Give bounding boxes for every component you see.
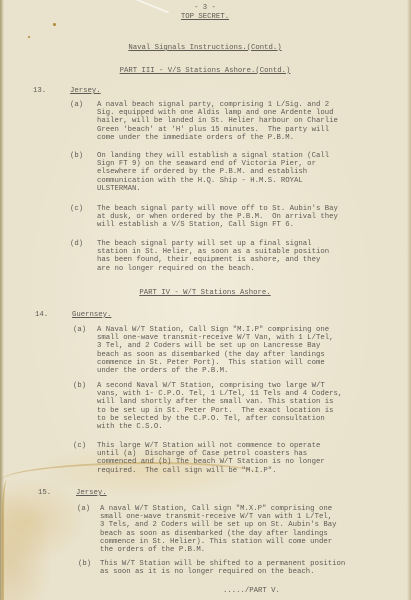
part-iv-heading: PART IV - W/T Stations Ashore. xyxy=(105,289,305,297)
item-label: (c) xyxy=(70,205,83,213)
section-place: Guernsey. xyxy=(72,311,111,319)
text-line: the orders of the P.B.M. xyxy=(100,546,400,554)
text-line: ULSTERMAN. xyxy=(97,185,397,193)
text-line: small one-wave transmit-receive W/T Van,… xyxy=(97,334,397,342)
paragraph-15a: A naval W/T Station, Call sign "M.X.P" c… xyxy=(100,505,400,554)
text-line: with the C.S.O. xyxy=(97,423,397,431)
text-line: will land shortly after the small van. T… xyxy=(97,398,397,406)
text-line: The beach signal party will set up a fin… xyxy=(97,240,397,248)
text-line: vans, with 1- C.P.O. Tel, 1 L/Tel, 11 Te… xyxy=(97,390,397,398)
text-line: On landing they will establish a signal … xyxy=(97,152,397,160)
item-label: (d) xyxy=(70,240,83,248)
paragraph-13a: A naval beach signal party, comprising 1… xyxy=(97,101,397,142)
text-line: A Naval W/T Station, Call Sign "M.I.P" c… xyxy=(97,326,397,334)
paragraph-13b: On landing they will establish a signal … xyxy=(97,152,397,193)
text-line: small one-wave transmit-receive W/T van … xyxy=(100,513,400,521)
paragraph-13d: The beach signal party will set up a fin… xyxy=(97,240,397,273)
text-line: beach as soon as disembarked (the day af… xyxy=(100,530,400,538)
continuation-note: ...../PART V. xyxy=(223,587,280,595)
text-line: commenced and (b) The beach W/T Station … xyxy=(97,458,397,466)
document-title: Naval Signals Instructions.(Contd.) xyxy=(100,44,310,52)
text-line: A naval beach signal party, comprising 1… xyxy=(97,101,397,109)
text-line: under the orders of the P.B.M. xyxy=(97,367,397,375)
text-line: This W/T Station will be shifted to a pe… xyxy=(100,560,400,568)
text-line: required. The call sign will be "M.I.P". xyxy=(97,467,397,475)
text-line: 3 Tel, and 2 Coders will be set up on La… xyxy=(97,342,397,350)
section-place: Jersey. xyxy=(76,489,107,497)
text-line: commence in St. Peter Port). This statio… xyxy=(97,359,397,367)
text-line: beach as soon as disembarked (the day af… xyxy=(97,351,397,359)
text-line: to be set up in St. Peter Port. The exac… xyxy=(97,407,397,415)
page-number: - 3 - xyxy=(150,4,260,12)
paragraph-14b: A second Naval W/T Station, comprising t… xyxy=(97,382,397,431)
punch-mark xyxy=(28,36,30,38)
paragraph-14c: This large W/T Station will not commence… xyxy=(97,442,397,475)
paper-edge xyxy=(407,0,411,600)
text-line: Sign FT 9) on the seaward end of Victori… xyxy=(97,160,397,168)
text-line: 3 Tels, and 2 Coders will be set up on S… xyxy=(100,521,400,529)
document-page: - 3 - TOP SECRET. Naval Signals Instruct… xyxy=(0,0,411,600)
text-line: as soon as it is no longer required on t… xyxy=(100,568,400,576)
text-line: come under the immediate orders of the P… xyxy=(97,134,397,142)
item-label: (c) xyxy=(73,442,86,450)
item-label: (b) xyxy=(73,382,86,390)
text-line: until (a) Discharge of Case petrol coast… xyxy=(97,450,397,458)
text-line: to be selected by the C.P.O. Tel, after … xyxy=(97,415,397,423)
text-line: has been found, their equipment is ashor… xyxy=(97,256,397,264)
paragraph-14a: A Naval W/T Station, Call Sign "M.I.P" c… xyxy=(97,326,397,375)
paragraph-13c: The beach signal party will move off to … xyxy=(97,205,397,230)
classification-marking: TOP SECRET. xyxy=(150,13,260,21)
section-number: 13. xyxy=(33,87,46,95)
item-label: (a) xyxy=(73,326,86,334)
text-line: A second Naval W/T Station, comprising t… xyxy=(97,382,397,390)
text-line: The beach signal party will move off to … xyxy=(97,205,397,213)
text-line: station in St. Helier, as soon as a suit… xyxy=(97,248,397,256)
text-line: Green 'beach' at 'H' plus 15 minutes. Th… xyxy=(97,126,397,134)
text-line: This large W/T Station will not commence… xyxy=(97,442,397,450)
text-line: elsewhere if ordered by the P.B.M. and e… xyxy=(97,168,397,176)
water-stain xyxy=(2,480,18,600)
item-label: (b) xyxy=(70,152,83,160)
text-line: are no longer required on the beach. xyxy=(97,265,397,273)
text-line: at dusk, or when ordered by the P.B.M. O… xyxy=(97,213,397,221)
text-line: A naval W/T Station, Call sign "M.X.P" c… xyxy=(100,505,400,513)
text-line: Sig. equipped with one Aldis lamp and on… xyxy=(97,109,397,117)
part-iii-heading: PART III - V/S Stations Ashore.(Contd.) xyxy=(95,67,315,75)
punch-mark xyxy=(53,23,56,26)
item-label: (a) xyxy=(70,101,83,109)
item-label: (a) xyxy=(77,505,90,513)
text-line: will establish a V/S Station, Call Sign … xyxy=(97,221,397,229)
item-label: (b) xyxy=(78,560,91,568)
paragraph-15b: This W/T Station will be shifted to a pe… xyxy=(100,560,400,576)
text-line: hailer, will be landed in St. Helier har… xyxy=(97,117,397,125)
section-number: 14. xyxy=(35,311,48,319)
text-line: communication with the H.Q. Ship - H.M.S… xyxy=(97,177,397,185)
section-number: 15. xyxy=(38,489,51,497)
text-line: commence in St. Helier). This station wi… xyxy=(100,538,400,546)
section-place: Jersey. xyxy=(70,87,101,95)
